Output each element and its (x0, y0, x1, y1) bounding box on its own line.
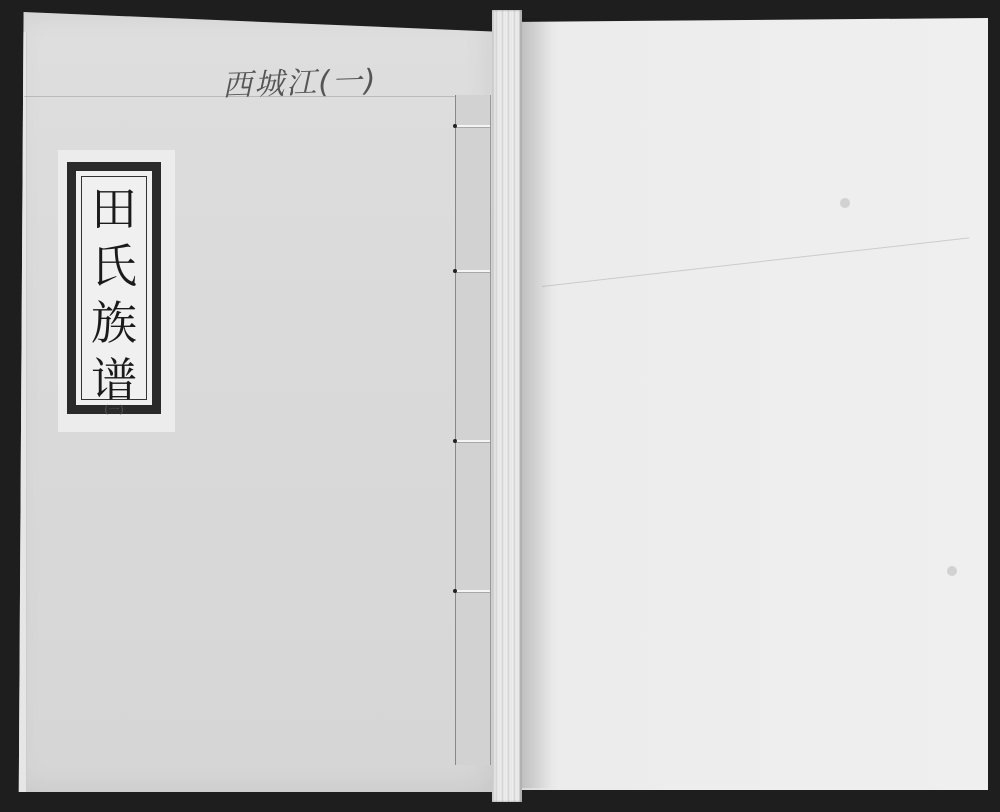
title-label: 田 氏 族 谱 (一) (58, 150, 175, 432)
right-page (522, 18, 988, 790)
stitch-thread (456, 125, 490, 127)
stitch-hole (453, 269, 457, 273)
stitch-hole (453, 439, 457, 443)
stitch-thread (456, 440, 490, 442)
stitched-binding (455, 95, 491, 765)
book-spine-page-block (492, 10, 522, 802)
title-char-1: 田 (91, 181, 137, 238)
stitch-hole (453, 124, 457, 128)
title-char-3: 族 (91, 295, 137, 352)
title-char-2: 氏 (91, 238, 137, 295)
stitch-hole (453, 589, 457, 593)
paper-spot (947, 566, 957, 576)
stitch-thread (456, 270, 490, 272)
paper-spot (840, 198, 850, 208)
stitch-thread (456, 590, 490, 592)
title-label-frame: 田 氏 族 谱 (一) (67, 162, 161, 414)
cover-edge (14, 32, 27, 792)
page-crease (542, 237, 969, 287)
title-label-inner-frame: 田 氏 族 谱 (一) (81, 176, 147, 400)
scanned-book-spread: 西城江(一) 田 氏 族 谱 (一) (0, 0, 1000, 812)
gutter-shadow (522, 18, 552, 788)
handwritten-annotation: 西城江(一) (221, 55, 378, 104)
volume-mark: (一) (104, 401, 124, 417)
